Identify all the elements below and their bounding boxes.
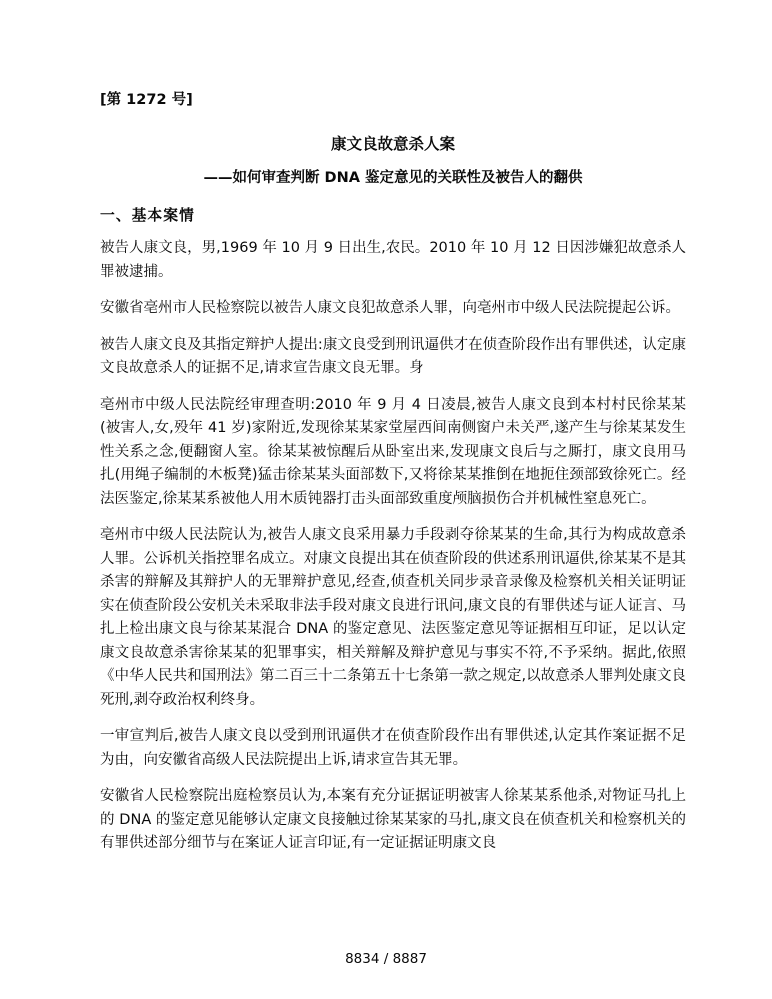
paragraph-defendant-info: 被告人康文良，男,1969 年 10 月 9 日出生,农民。2010 年 10 … [100, 237, 686, 284]
page-number: 8834 / 8887 [0, 951, 772, 967]
paragraph-prosecution: 安徽省亳州市人民检察院以被告人康文良犯故意杀人罪，向亳州市中级人民法院提起公诉。 [100, 297, 686, 321]
document-page: [第 1272 号] 康文良故意杀人案 ——如何审查判断 DNA 鉴定意见的关联… [0, 0, 772, 999]
document-content: [第 1272 号] 康文良故意杀人案 ——如何审查判断 DNA 鉴定意见的关联… [0, 0, 772, 856]
paragraph-trial-findings: 亳州市中级人民法院经审理查明:2010 年 9 月 4 日凌晨,被告人康文良到本… [100, 394, 686, 512]
paragraph-provincial-procuratorate: 安徽省人民检察院出庭检察员认为,本案有充分证据证明被害人徐某某系他杀,对物证马扎… [100, 785, 686, 856]
case-subtitle: ——如何审查判断 DNA 鉴定意见的关联性及被告人的翻供 [100, 166, 686, 190]
paragraph-defense-claim: 被告人康文良及其指定辩护人提出:康文良受到刑讯逼供才在侦查阶段作出有罪供述，认定… [100, 334, 686, 381]
case-title: 康文良故意杀人案 [100, 132, 686, 156]
doc-number: [第 1272 号] [100, 88, 686, 112]
section-heading: 一、基本案情 [100, 204, 686, 228]
paragraph-appeal: 一审宣判后,被告人康文良以受到刑讯逼供才在侦查阶段作出有罪供述,认定其作案证据不… [100, 725, 686, 772]
paragraph-court-opinion: 亳州市中级人民法院认为,被告人康文良采用暴力手段剥夺徐某某的生命,其行为构成故意… [100, 524, 686, 712]
